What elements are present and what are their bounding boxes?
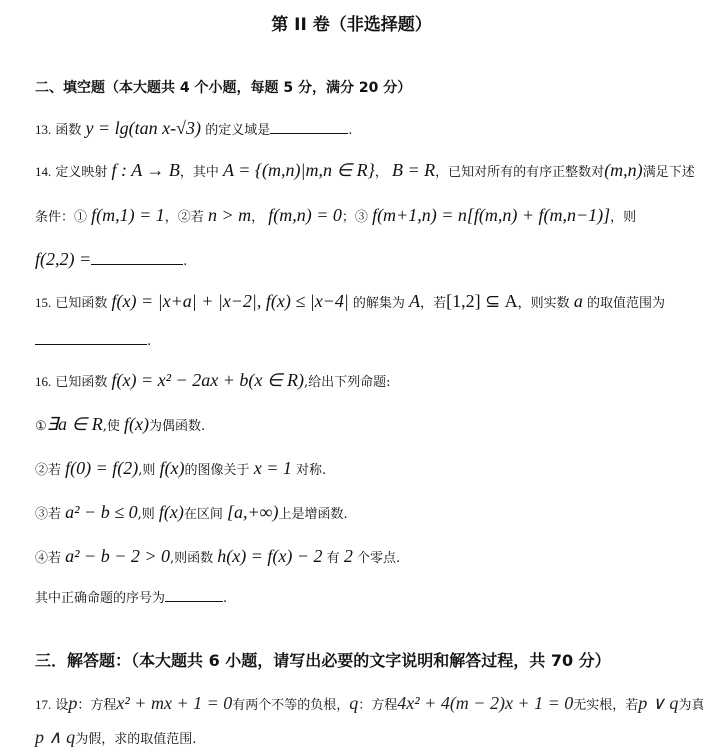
proposition-mark: ③若: [35, 507, 61, 522]
q14-text: 条件：①: [35, 210, 87, 225]
question-15-line-1: 15. 已知函数 f(x) = |x+a| + |x−2|, f(x) ≤ |x…: [35, 291, 665, 314]
question-number: 13.: [35, 122, 51, 137]
q14-condition-1: f(m,1) = 1: [91, 205, 165, 225]
q14-text: ，已知对所有的有序正整数对: [435, 165, 604, 180]
q17-math: p ∨ q: [638, 693, 678, 713]
q15-formula: f(x) = |x+a| + |x−2|, f(x) ≤ |x−4|: [112, 291, 349, 311]
proposition-math: f(x): [159, 502, 184, 522]
q14-pair: (m,n): [604, 160, 643, 180]
q16-text: ,给出下列命题:: [304, 375, 391, 390]
section-2-heading: 二、填空题（本大题共 4 个小题，每题 5 分，满分 20 分）: [35, 78, 411, 98]
q15-text: 已知函数: [55, 296, 107, 311]
q17-text: 为假，求的取值范围.: [75, 732, 196, 747]
q14-condition-2a: n > m: [208, 205, 251, 225]
q15-text: 的取值范围为: [587, 296, 665, 311]
q14-text: ，: [251, 210, 264, 225]
q17-math: q: [349, 693, 358, 713]
q16-proposition-1: ①∃a ∈ R,使 f(x)为偶函数.: [35, 414, 205, 437]
proposition-text: ,则: [138, 463, 155, 478]
q16-formula: f(x) = x² − 2ax + b(x ∈ R): [112, 370, 304, 390]
proposition-mark: ④若: [35, 551, 61, 566]
q16-proposition-2: ②若 f(0) = f(2),则 f(x)的图像关于 x = 1 对称.: [35, 458, 326, 481]
proposition-text: ,则: [138, 507, 155, 522]
q17-math: p ∧ q: [35, 727, 75, 747]
q17-text: ：方程: [358, 698, 397, 713]
q17-text: 无实根，若: [573, 698, 638, 713]
proposition-text: ,则函数: [170, 551, 213, 566]
question-number: 16.: [35, 374, 51, 389]
period: .: [183, 254, 187, 269]
proposition-math: x = 1: [254, 458, 292, 478]
proposition-text: 的图像关于: [185, 463, 250, 478]
q13-suffix: 的定义域是: [205, 123, 270, 138]
question-number: 14.: [35, 164, 51, 179]
question-17-line-2: p ∧ q为假，求的取值范围.: [35, 727, 196, 750]
proposition-math: 2: [344, 546, 353, 566]
q13-formula: y = lg(tan x-√3): [86, 118, 202, 138]
proposition-math: a² − b − 2 > 0: [65, 546, 170, 566]
q16-text: 已知函数: [55, 375, 107, 390]
q16-text: 其中正确命题的序号为: [35, 591, 165, 606]
proposition-text: 对称.: [296, 463, 326, 478]
answer-blank[interactable]: [35, 330, 147, 345]
q14-set-b: B = R: [392, 160, 435, 180]
proposition-math: a² − b ≤ 0: [65, 502, 137, 522]
q14-text: 定义映射: [55, 165, 107, 180]
question-number: 17.: [35, 697, 51, 712]
answer-blank[interactable]: [270, 119, 348, 134]
question-16: 16. 已知函数 f(x) = x² − 2ax + b(x ∈ R),给出下列…: [35, 370, 391, 393]
proposition-math: f(0) = f(2): [65, 458, 138, 478]
q14-text: 满足下述: [643, 165, 695, 180]
page-title: 第 II 卷（非选择题）: [0, 10, 703, 35]
period: .: [147, 334, 151, 349]
q14-text: ，则: [610, 210, 636, 225]
proposition-text: 为偶函数.: [149, 419, 205, 434]
question-17-line-1: 17. 设p：方程x² + mx + 1 = 0有两个不等的负根，q：方程4x²…: [35, 693, 703, 716]
proposition-math: ∃a ∈ R: [47, 414, 103, 434]
q14-text: ，其中: [180, 165, 219, 180]
question-13: 13. 函数 y = lg(tan x-√3) 的定义域是.: [35, 118, 352, 141]
proposition-text: 上是增函数.: [278, 507, 347, 522]
period: .: [223, 591, 227, 606]
q15-variable: a: [574, 291, 583, 311]
question-14-line-1: 14. 定义映射 f : A → B，其中 A = {(m,n)|m,n ∈ R…: [35, 160, 695, 183]
proposition-mark: ②若: [35, 463, 61, 478]
section-3-heading: 三．解答题：（本大题共 6 小题，请写出必要的文字说明和解答过程，共 70 分）: [35, 651, 611, 671]
proposition-text: 有: [327, 551, 340, 566]
q14-text: ，②若: [165, 210, 204, 225]
question-14-line-3: f(2,2) =.: [35, 249, 187, 272]
answer-blank[interactable]: [91, 250, 183, 265]
proposition-text: 个零点.: [357, 551, 400, 566]
q16-proposition-3: ③若 a² − b ≤ 0,则 f(x)在区间 [a,+∞)上是增函数.: [35, 502, 348, 525]
q17-equation-2: 4x² + 4(m − 2)x + 1 = 0: [397, 693, 573, 713]
q17-equation-1: x² + mx + 1 = 0: [116, 693, 232, 713]
q14-set-a: A = {(m,n)|m,n ∈ R}: [223, 160, 375, 180]
answer-blank[interactable]: [165, 587, 223, 602]
q17-text: ：方程: [77, 698, 116, 713]
q17-text: 有两个不等的负根，: [232, 698, 349, 713]
q14-ask: f(2,2) =: [35, 249, 91, 269]
q15-set: A: [409, 291, 420, 311]
q15-text: 的解集为: [353, 296, 405, 311]
q15-text: ，若: [420, 296, 446, 311]
question-15-line-2: .: [35, 330, 151, 352]
proposition-math: [a,+∞): [227, 502, 278, 522]
q17-text: 为真，: [678, 698, 703, 713]
q14-condition-2b: f(m,n) = 0: [268, 205, 342, 225]
q17-text: 设: [55, 698, 68, 713]
q14-text: ，: [375, 165, 388, 180]
q14-mapping: f : A → B: [112, 160, 180, 180]
proposition-math: h(x) = f(x) − 2: [217, 546, 322, 566]
q14-condition-3: f(m+1,n) = n[f(m,n) + f(m,n−1)]: [372, 205, 610, 225]
proposition-text: 在区间: [184, 507, 223, 522]
proposition-text: ,使: [103, 419, 120, 434]
q15-text: ，则实数: [518, 296, 570, 311]
proposition-math: f(x): [160, 458, 185, 478]
proposition-math: f(x): [124, 414, 149, 434]
q13-prefix: 函数: [55, 123, 81, 138]
q15-subset: [1,2] ⊆ A: [446, 291, 518, 311]
question-number: 15.: [35, 295, 51, 310]
period: .: [348, 123, 352, 138]
proposition-mark: ①: [35, 419, 47, 434]
q14-text: ；③: [342, 210, 368, 225]
question-14-line-2: 条件：① f(m,1) = 1，②若 n > m， f(m,n) = 0；③ f…: [35, 205, 636, 228]
q16-proposition-4: ④若 a² − b − 2 > 0,则函数 h(x) = f(x) − 2 有 …: [35, 546, 400, 569]
q16-conclusion: 其中正确命题的序号为.: [35, 587, 227, 609]
